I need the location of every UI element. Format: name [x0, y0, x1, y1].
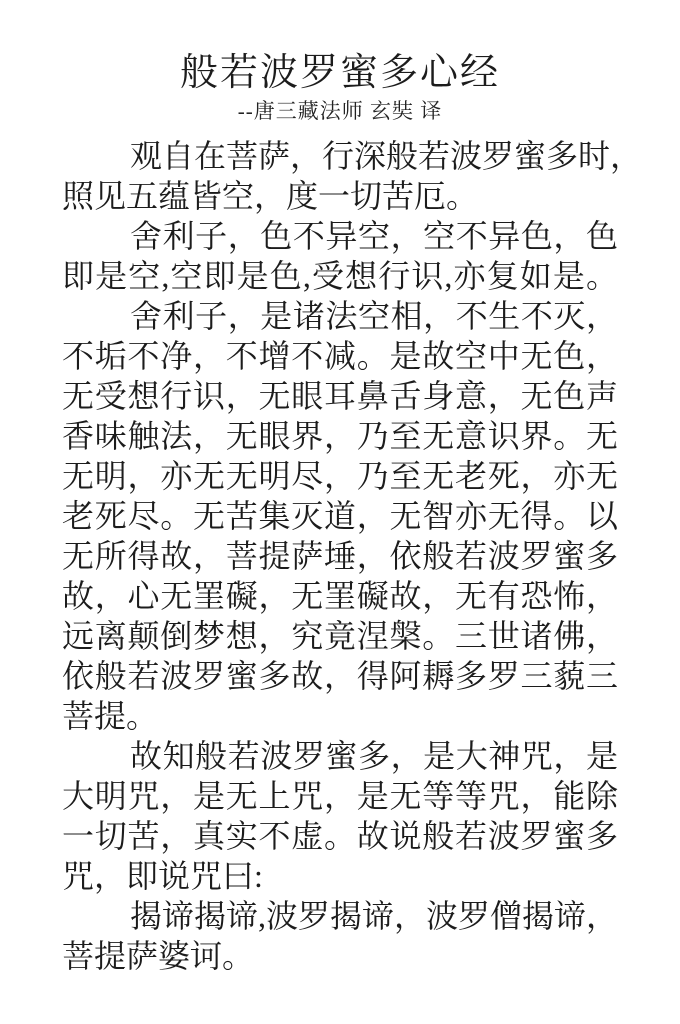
text-line: 无明，亦无无明尽，乃至无老死，亦无 [62, 456, 618, 496]
text-line: 大明咒，是无上咒，是无等等咒，能除 [62, 776, 618, 816]
text-line: 故，心无罣礙，无罣礙故，无有恐怖， [62, 576, 618, 616]
text-line: 无所得故，菩提萨埵，依般若波罗蜜多 [62, 536, 618, 576]
text-line: 照见五蕴皆空，度一切苦厄。 [62, 176, 618, 216]
text-line: 依般若波罗蜜多故，得阿耨多罗三藐三 [62, 656, 618, 696]
document-page: 般若波罗蜜多心经 --唐三藏法师 玄奘 译 观自在菩萨，行深般若波罗蜜多时， 照… [0, 0, 680, 1024]
text-line: 即是空,空即是色,受想行识,亦复如是。 [62, 256, 618, 296]
text-line: 不垢不净，不增不减。是故空中无色， [62, 336, 618, 376]
text-line: 菩提。 [62, 696, 618, 736]
text-line: 无受想行识，无眼耳鼻舌身意，无色声 [62, 376, 618, 416]
text-line: 咒，即说咒曰: [62, 856, 618, 896]
translator-line: --唐三藏法师 玄奘 译 [62, 98, 618, 124]
text-line: 远离颠倒梦想，究竟涅槃。三世诸佛， [62, 616, 618, 656]
sutra-body: 观自在菩萨，行深般若波罗蜜多时， 照见五蕴皆空，度一切苦厄。 舍利子，色不异空，… [62, 136, 618, 976]
text-line: 老死尽。无苦集灭道，无智亦无得。以 [62, 496, 618, 536]
text-line: 故知般若波罗蜜多，是大神咒，是 [62, 736, 618, 776]
page-title: 般若波罗蜜多心经 [62, 50, 618, 96]
text-line: 舍利子，是诸法空相，不生不灭， [62, 296, 618, 336]
text-line: 揭谛揭谛,波罗揭谛，波罗僧揭谛， [62, 896, 618, 936]
text-line: 观自在菩萨，行深般若波罗蜜多时， [62, 136, 618, 176]
text-line: 香味触法，无眼界，乃至无意识界。无 [62, 416, 618, 456]
text-line: 舍利子，色不异空，空不异色，色 [62, 216, 618, 256]
text-line: 一切苦，真实不虚。故说般若波罗蜜多 [62, 816, 618, 856]
text-line: 菩提萨婆诃。 [62, 936, 618, 976]
